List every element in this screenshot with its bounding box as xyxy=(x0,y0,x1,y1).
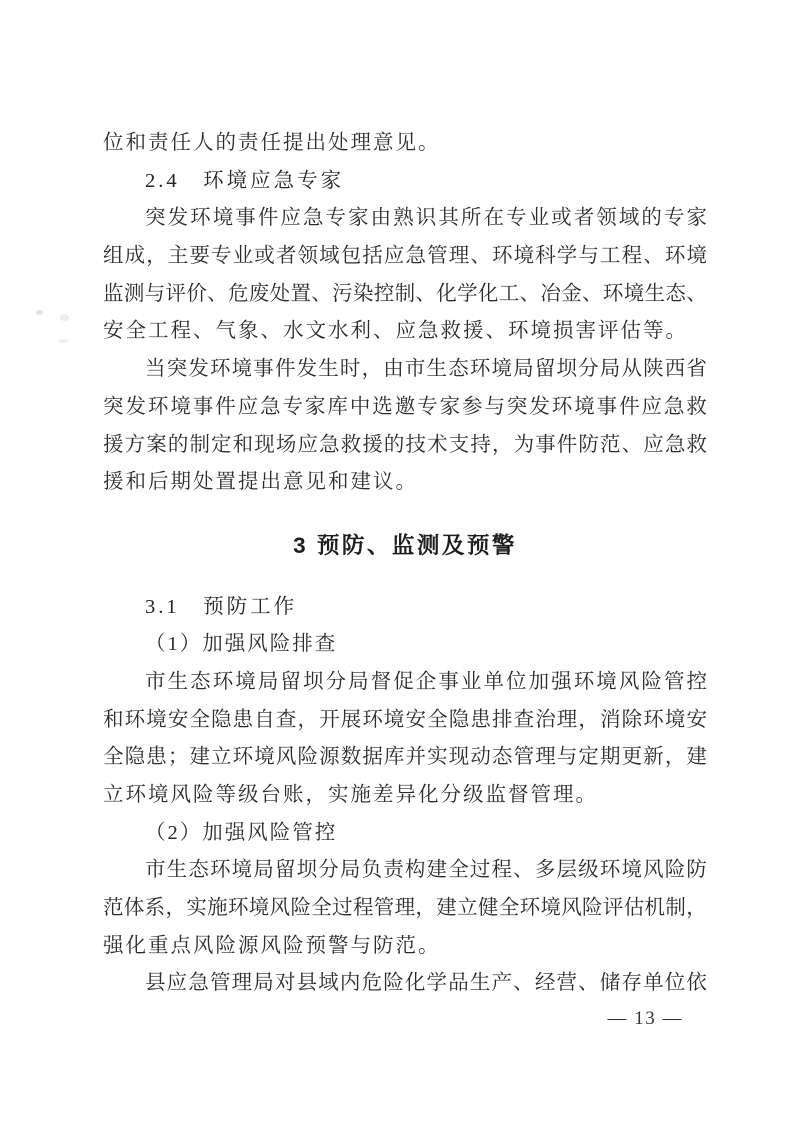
body-line: 突发环境事件应急专家由熟识其所在专业或者领域的专家 xyxy=(103,200,707,238)
body-line: 市生态环境局留坝分局负责构建全过程、多层级环境风险防 xyxy=(103,852,707,890)
text-block: 位和责任人的责任提出处理意见。 2.4 环境应急专家 突发环境事件应急专家由熟识… xyxy=(103,125,707,1032)
body-line: 援方案的制定和现场应急救援的技术支持，为事件防范、应急救 xyxy=(103,427,707,465)
body-line: 安全工程、气象、水文水利、应急救援、环境损害评估等。 xyxy=(103,313,707,351)
scan-speck xyxy=(36,310,43,315)
scan-speck xyxy=(60,314,69,321)
subsection-heading: 2.4 环境应急专家 xyxy=(103,163,707,201)
body-line: 和环境安全隐患自查，开展环境安全隐患排查治理，消除环境安 xyxy=(103,702,707,740)
section-heading: 3 预防、监测及预警 xyxy=(103,527,707,565)
subsection-heading: 3.1 预防工作 xyxy=(103,589,707,627)
body-line: 市生态环境局留坝分局督促企事业单位加强环境风险管控 xyxy=(103,664,707,702)
page-number: — 13 — xyxy=(103,1006,707,1032)
body-line: 县应急管理局对县域内危险化学品生产、经营、储存单位依 xyxy=(103,965,707,1003)
body-line: 强化重点风险源风险预警与防范。 xyxy=(103,928,707,966)
document-page: 位和责任人的责任提出处理意见。 2.4 环境应急专家 突发环境事件应急专家由熟识… xyxy=(0,0,793,1122)
list-item-heading: （1）加强风险排查 xyxy=(103,626,707,664)
body-line: 组成，主要专业或者领域包括应急管理、环境科学与工程、环境 xyxy=(103,238,707,276)
body-line: 援和后期处置提出意见和建议。 xyxy=(103,464,707,502)
body-line: 全隐患；建立环境风险源数据库并实现动态管理与定期更新，建 xyxy=(103,739,707,777)
scan-speck xyxy=(58,339,69,343)
list-item-heading: （2）加强风险管控 xyxy=(103,815,707,853)
body-line: 突发环境事件应急专家库中选邀专家参与突发环境事件应急救 xyxy=(103,389,707,427)
body-line: 立环境风险等级台账，实施差异化分级监督管理。 xyxy=(103,777,707,815)
body-line: 监测与评价、危废处置、污染控制、化学化工、冶金、环境生态、 xyxy=(103,276,707,314)
body-line: 当突发环境事件发生时，由市生态环境局留坝分局从陕西省 xyxy=(103,351,707,389)
body-line: 范体系，实施环境风险全过程管理，建立健全环境风险评估机制， xyxy=(103,890,707,928)
body-line: 位和责任人的责任提出处理意见。 xyxy=(103,125,707,163)
